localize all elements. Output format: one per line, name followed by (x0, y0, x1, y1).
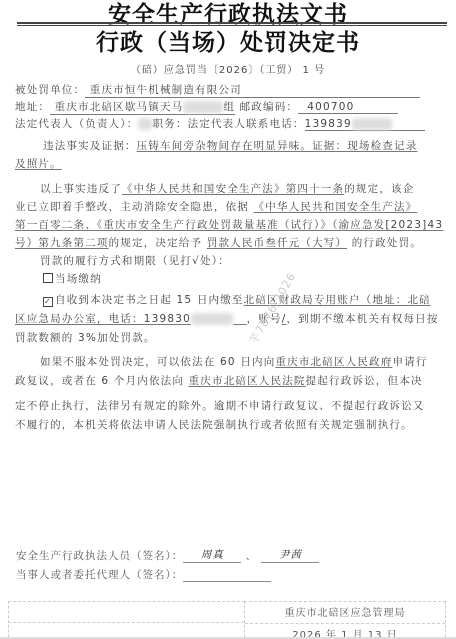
officer-signature-2: 尹茜 (261, 547, 319, 563)
para-text: 业已立即着手整改，主动消除安全隐患，依据 (15, 201, 249, 213)
penalty-amount: 罚款人民币叁仟元（大写） (207, 237, 347, 249)
footer-issuer-cell: 重庆市北碚区应急管理局 2026 年 1 月 13 日 (244, 601, 446, 639)
postcode-field: 400700 (298, 101, 398, 114)
para1-line1: 以上事实违反了《中华人民共和国安全生产法》第四十一条的规定，该企 (40, 181, 414, 196)
redacted-block (183, 101, 223, 113)
review-authority: 重庆市北碚区人民政府 (275, 356, 392, 368)
para-text: 自收到本决定书之日起 15 日内缴至 (55, 294, 244, 306)
para-text: 的规定，该企 (344, 183, 414, 195)
redacted-block (352, 118, 392, 130)
document-number: （碚）应急罚当〔2026〕（工贸） 1 号 (0, 61, 456, 76)
option-bank: ✓自收到本决定书之日起 15 日内缴至北碚区财政局专用账户（地址：北碚 (43, 292, 431, 307)
facts-label: 违法事实及证据： (43, 140, 137, 152)
para-text: 申请行 (392, 356, 427, 368)
unit-label: 被处罚单位： (15, 84, 85, 96)
redacted-block (138, 118, 152, 130)
position-value: 法定代表人 (188, 118, 247, 130)
facts-value: 压铸车间旁杂物间存在明显异味。证据：现场检查记录 (137, 140, 418, 152)
basis-law-end: 号）第九条第二项 (15, 237, 109, 249)
address-row: 地址： 重庆市北碚区歇马镇天马组 邮政编码： 400700 (15, 99, 398, 115)
position-label: 职务： (152, 118, 187, 130)
document-title: 行政（当场）处罚决定书 (0, 24, 456, 57)
option-onsite: 当场缴纳 (43, 271, 102, 286)
account-info-cont: 区应急局办公室，电话：139830 (15, 313, 191, 325)
para-text: ，到期不缴本机关有权每日按 (286, 313, 438, 325)
option-bank-line2: 区应急局办公室，电话：139830 ，账号/，到期不缴本机关有权每日按 (15, 311, 439, 326)
address-value-field: 重庆市北碚区歇马镇天马组 (50, 99, 235, 115)
checkbox-bank-checked[interactable]: ✓ (43, 297, 53, 307)
phone-value: 139839 (305, 118, 352, 130)
basis-law: 《中华人民共和国安全生产法》 (254, 201, 418, 213)
penalized-unit-row: 被处罚单位： 重庆市恒牛机械制造有限公司 (15, 82, 420, 98)
legal-rep-row: 法定代表人（负责人）：职务：法定代表人联系电话：139839 (15, 116, 425, 131)
para1-line4: 号）第九条第二项的规定，决定给予 罚款人民币叁仟元（大写） 的行政处罚。 (15, 235, 422, 250)
party-signature-row: 当事人或者委托代理人（签名）： (16, 567, 271, 582)
legal-rep-label: 法定代表人（负责人）： (15, 118, 138, 130)
para1-line2: 业已立即着手整改，主动消除安全隐患，依据 《中华人民共和国安全生产法》 (15, 199, 417, 214)
para-text: 的规定，决定给予 (109, 237, 203, 249)
facts-row: 违法事实及证据：压铸车间旁杂物间存在明显异味。证据：现场检查记录 (43, 138, 417, 153)
para2-line2: 政复议，或者在 6 个月内依法向 重庆市北碚区人民法院提起行政诉讼，但本决 (15, 373, 423, 388)
party-signature-field (183, 569, 271, 582)
para-text: 以上事实违反了 (40, 183, 122, 195)
address-label: 地址： (15, 101, 50, 113)
officer-signature-1: 周真 (183, 547, 241, 563)
facts-row-cont: 及照片。 (15, 156, 62, 171)
para-text: 的行政处罚。 (352, 237, 422, 249)
footer-cell-divider (245, 623, 445, 624)
option-bank-line3: 罚款数额的 3%加处罚款。 (15, 330, 156, 345)
para1-line3: 第一百零二条、《重庆市安全生产行政处罚裁量基准（试行）》（渝应急发[2023]4… (15, 217, 443, 232)
officer-signature-row: 安全生产行政执法人员（签名）：周真 、 尹茜 (16, 547, 319, 563)
party-signature-label: 当事人或者委托代理人（签名）： (16, 569, 183, 581)
address-value: 重庆市北碚区歇马镇天马 (55, 101, 184, 113)
unit-value-field: 重庆市恒牛机械制造有限公司 (85, 82, 420, 98)
para2-line4: 不履行的，本机关将依法申请人民法院强制执行或者依照有关规定强制执行。 (15, 417, 413, 432)
basis-law-cont: 第一百零二条、《重庆市安全生产行政处罚裁量基准（试行）》（渝应急发[2023]4… (15, 219, 443, 231)
payment-heading: 罚款的履行方式和期限（见打√处）： (40, 253, 230, 268)
para-text: 提起行政诉讼，但本决 (306, 375, 423, 387)
signature-separator: 、 (246, 550, 258, 562)
footer-divider (8, 622, 244, 623)
phone-label: 联系电话： (246, 118, 305, 130)
address-suffix: 组 (223, 101, 235, 113)
para2-line1: 如果不服本处罚决定，可以依法在 60 日内向重庆市北碚区人民政府申请行 (40, 354, 428, 369)
phone-field: 139839 (305, 118, 425, 131)
facts-value-cont: 及照片。 (15, 158, 62, 170)
officer-signature-label: 安全生产行政执法人员（签名）： (16, 550, 183, 562)
litigation-court: 重庆市北碚区人民法院 (189, 375, 306, 387)
watermark: 芋7876/2026 (245, 269, 299, 347)
para-text: 政复议，或者在 6 个月内依法向 (15, 375, 184, 387)
checkbox-onsite[interactable] (43, 273, 53, 283)
redacted-block (191, 313, 233, 325)
issuing-organization: 重庆市北碚区应急管理局 (245, 604, 445, 619)
postcode-value: 400700 (307, 101, 354, 113)
option-onsite-label: 当场缴纳 (55, 273, 102, 285)
para2-line3: 定不停止执行，法律另有规定的除外。逾期不申请行政复议、不提起行政诉讼又 (15, 398, 425, 413)
unit-value: 重庆市恒牛机械制造有限公司 (90, 84, 242, 96)
para-text: 如果不服本处罚决定，可以依法在 60 日内向 (40, 356, 275, 368)
violated-law: 《中华人民共和国安全生产法》第四十一条 (122, 183, 344, 195)
postcode-label: 邮政编码： (240, 101, 299, 113)
footer-left-cell (8, 601, 245, 639)
